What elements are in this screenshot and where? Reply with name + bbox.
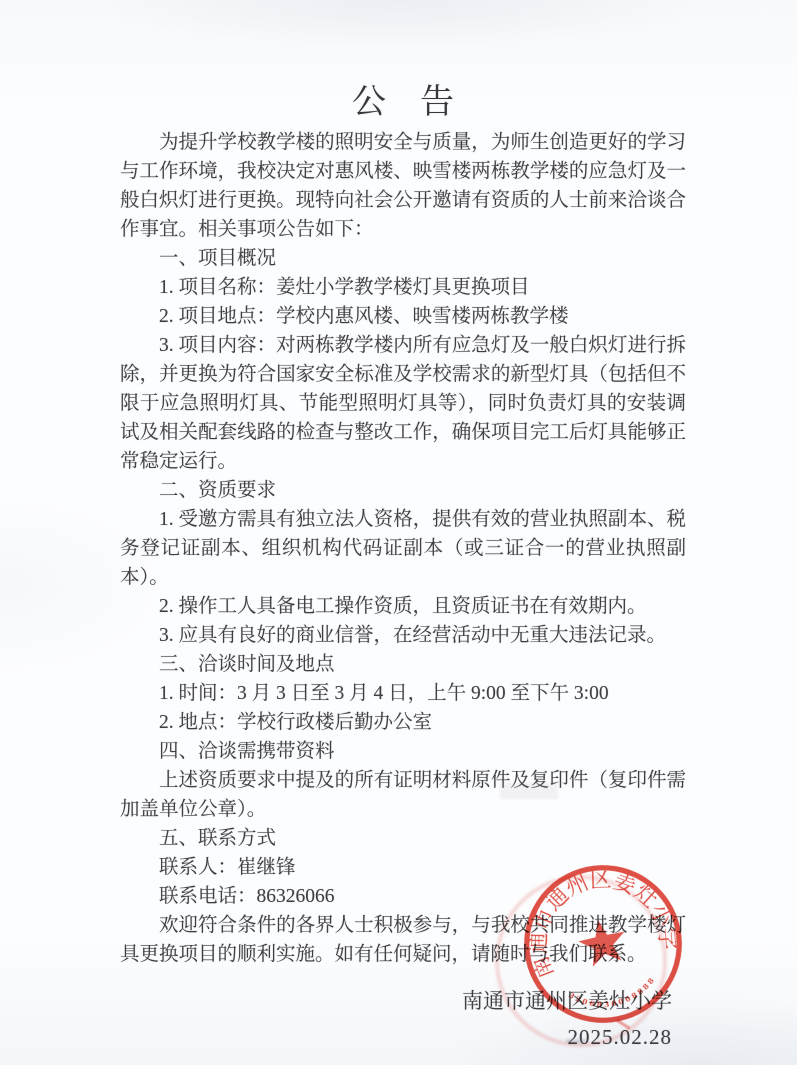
document-body: 为提升学校教学楼的照明安全与质量，为师生创造更好的学习与工作环境，我校决定对惠风… (120, 128, 686, 969)
official-seal: 南通市通州区姜灶小学 3206830008888 (507, 848, 699, 1040)
paragraph: 2. 项目地点：学校内惠风楼、映雪楼两栋教学楼 (120, 302, 686, 331)
paragraph: 2. 操作工人具备电工操作资质，且资质证书在有效期内。 (120, 592, 686, 621)
paragraph: 3. 应具有良好的商业信誉，在经营活动中无重大违法记录。 (120, 621, 686, 650)
paragraph: 1. 受邀方需具有独立法人资格，提供有效的营业执照副本、税务登记证副本、组织机构… (120, 505, 686, 592)
scanned-notice-page: 公 告 为提升学校教学楼的照明安全与质量，为师生创造更好的学习与工作环境，我校决… (0, 0, 797, 1065)
svg-text:3206830008888: 3206830008888 (566, 973, 661, 1018)
section-heading: 二、资质要求 (120, 476, 686, 505)
paragraph: 1. 时间：3 月 3 日至 3 月 4 日，上午 9:00 至下午 3:00 (120, 679, 686, 708)
section-heading: 五、联系方式 (120, 824, 686, 853)
paragraph: 上述资质要求中提及的所有证明材料原件及复印件（复印件需加盖单位公章）。 (120, 766, 686, 824)
notice-title: 公 告 (120, 84, 686, 122)
paragraph: 为提升学校教学楼的照明安全与质量，为师生创造更好的学习与工作环境，我校决定对惠风… (120, 128, 686, 244)
star-icon (575, 915, 630, 969)
section-heading: 四、洽谈需携带资料 (120, 737, 686, 766)
paragraph: 1. 项目名称：姜灶小学教学楼灯具更换项目 (120, 273, 686, 302)
section-heading: 三、洽谈时间及地点 (120, 650, 686, 679)
scan-artifact (500, 783, 558, 799)
seal-serial-number: 3206830008888 (566, 973, 661, 1018)
section-heading: 一、项目概况 (120, 244, 686, 273)
paragraph: 3. 项目内容：对两栋教学楼内所有应急灯及一般白炽灯进行拆除，并更换为符合国家安… (120, 331, 686, 476)
paragraph: 2. 地点：学校行政楼后勤办公室 (120, 708, 686, 737)
